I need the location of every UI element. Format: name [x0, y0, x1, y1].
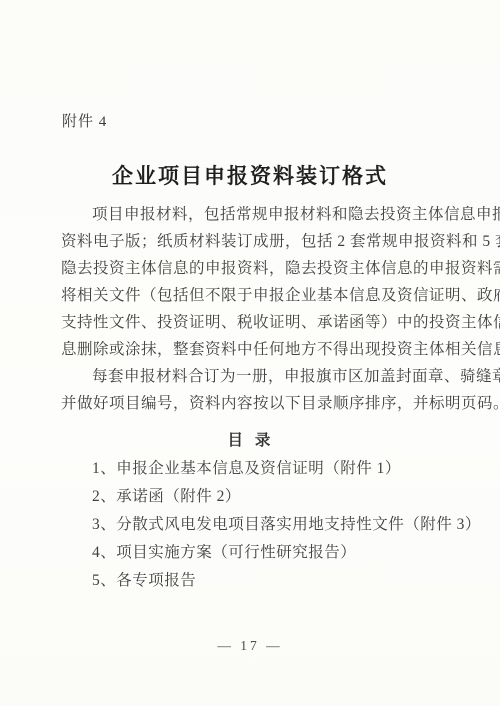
toc-item: 3、分散式风电发电项目落实用地支持性文件（附件 3）: [92, 511, 441, 539]
body-line: 隐去投资主体信息的申报资料，隐去投资主体信息的申报资料需: [61, 255, 441, 282]
toc-list: 1、申报企业基本信息及资信证明（附件 1） 2、承诺函（附件 2） 3、分散式风…: [61, 455, 441, 595]
toc-item: 5、各专项报告: [92, 567, 441, 595]
document-page: 附件 4 企业项目申报资料装订格式 项目申报材料，包括常规申报材料和隐去投资主体…: [0, 0, 500, 706]
body-paragraph-2: 每套申报材料合订为一册，申报旗市区加盖封面章、骑缝章， 并做好项目编号，资料内容…: [61, 363, 441, 417]
body-line: 支持性文件、投资证明、税收证明、承诺函等）中的投资主体信: [61, 309, 441, 336]
body-line: 每套申报材料合订为一册，申报旗市区加盖封面章、骑缝章，: [61, 363, 441, 390]
attachment-label: 附件 4: [62, 110, 107, 131]
body-line: 并做好项目编号，资料内容按以下目录顺序排序，并标明页码。: [61, 390, 441, 417]
document-body: 项目申报材料，包括常规申报材料和隐去投资主体信息申报 资料电子版；纸质材料装订成…: [61, 201, 441, 595]
body-line: 息删除或涂抹，整套资料中任何地方不得出现投资主体相关信息。: [61, 336, 441, 363]
document-title: 企业项目申报资料装订格式: [0, 160, 500, 190]
toc-heading: 目 录: [61, 427, 441, 454]
body-line: 将相关文件（包括但不限于申报企业基本信息及资信证明、政府: [61, 282, 441, 309]
toc-item: 1、申报企业基本信息及资信证明（附件 1）: [92, 455, 441, 483]
toc-item: 2、承诺函（附件 2）: [92, 483, 441, 511]
body-line: 资料电子版；纸质材料装订成册，包括 2 套常规申报资料和 5 套: [61, 228, 441, 255]
body-line: 项目申报材料，包括常规申报材料和隐去投资主体信息申报: [61, 201, 441, 228]
body-paragraph-1: 项目申报材料，包括常规申报材料和隐去投资主体信息申报 资料电子版；纸质材料装订成…: [61, 201, 441, 363]
toc-item: 4、项目实施方案（可行性研究报告）: [92, 539, 441, 567]
page-number: — 17 —: [0, 638, 500, 654]
